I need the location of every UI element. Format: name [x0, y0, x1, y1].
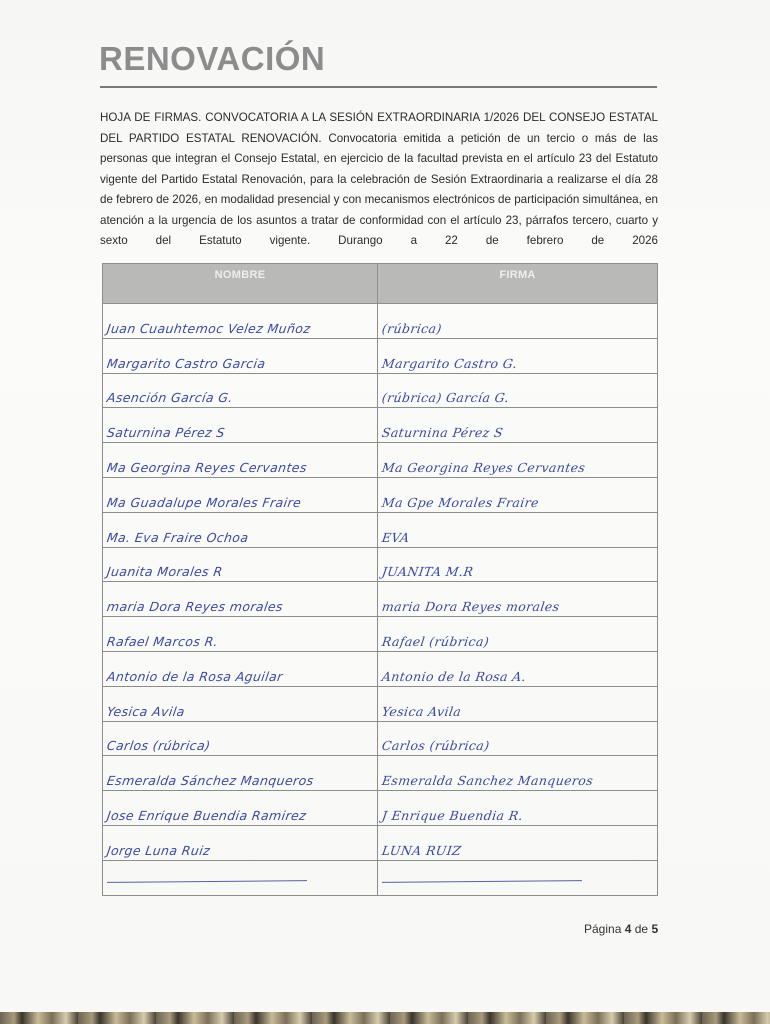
signature-cell: Antonio de la Rosa A.: [378, 651, 658, 686]
handwritten-signature: JUANITA M.R: [381, 564, 474, 579]
party-logo: RENOVACIÓN: [99, 40, 325, 78]
table-row: [103, 860, 658, 895]
handwritten-signature: maria Dora Reyes morales: [381, 599, 561, 614]
signature-cell: Ma Gpe Morales Fraire: [378, 477, 658, 512]
column-header-nombre: NOMBRE: [103, 264, 378, 304]
signature-cell: [378, 860, 658, 895]
handwritten-name: Juanita Morales R: [106, 564, 224, 579]
table-row: maria Dora Reyes moralesmaria Dora Reyes…: [103, 582, 658, 617]
table-row: Ma Georgina Reyes CervantesMa Georgina R…: [103, 443, 658, 478]
handwritten-signature: EVA: [381, 530, 411, 545]
header-divider: [100, 86, 657, 88]
table-row: Yesica AvilaYesica Avila: [103, 686, 658, 721]
scan-background-edge: [0, 1012, 770, 1024]
signature-cell: Margarito Castro G.: [378, 338, 658, 373]
handwritten-signature: (rúbrica) García G.: [381, 390, 510, 405]
signature-cell: EVA: [378, 512, 658, 547]
table-row: Juan Cuauhtemoc Velez Muñoz(rúbrica): [103, 304, 658, 339]
signature-cell: (rúbrica): [378, 304, 658, 339]
handwritten-name: Esmeralda Sánchez Manqueros: [106, 773, 315, 788]
page-label: Página: [584, 922, 621, 936]
signature-cell: Rafael (rúbrica): [378, 617, 658, 652]
handwritten-signature: Esmeralda Sanchez Manqueros: [381, 773, 594, 788]
name-cell: Juanita Morales R: [103, 547, 378, 582]
name-cell: Esmeralda Sánchez Manqueros: [103, 756, 378, 791]
name-cell: Yesica Avila: [103, 686, 378, 721]
table-row: Saturnina Pérez SSaturnina Pérez S: [103, 408, 658, 443]
table-row: Ma. Eva Fraire OchoaEVA: [103, 512, 658, 547]
name-cell: Margarito Castro Garcia: [103, 338, 378, 373]
signature-cell: Carlos (rúbrica): [378, 721, 658, 756]
name-cell: maria Dora Reyes morales: [103, 582, 378, 617]
name-cell: Ma. Eva Fraire Ochoa: [103, 512, 378, 547]
page-number: Página 4 de 5: [584, 922, 658, 936]
table-row: Jose Enrique Buendia RamirezJ Enrique Bu…: [103, 791, 658, 826]
name-cell: Asención García G.: [103, 373, 378, 408]
signature-cell: Saturnina Pérez S: [378, 408, 658, 443]
table-row: Carlos (rúbrica)Carlos (rúbrica): [103, 721, 658, 756]
table-row: Esmeralda Sánchez ManquerosEsmeralda San…: [103, 756, 658, 791]
handwritten-name: Antonio de la Rosa Aguilar: [106, 669, 284, 684]
signature-cell: J Enrique Buendia R.: [378, 791, 658, 826]
table-header-row: NOMBRE FIRMA: [103, 264, 658, 304]
signature-cell: Yesica Avila: [378, 686, 658, 721]
document-page: RENOVACIÓN HOJA DE FIRMAS. CONVOCATORIA …: [0, 0, 770, 1012]
pen-stroke: [107, 880, 307, 883]
signature-cell: LUNA RUIZ: [378, 825, 658, 860]
handwritten-name: Yesica Avila: [106, 704, 186, 719]
handwritten-signature: J Enrique Buendia R.: [381, 808, 524, 823]
signature-cell: JUANITA M.R: [378, 547, 658, 582]
handwritten-signature: Ma Gpe Morales Fraire: [381, 495, 540, 510]
handwritten-name: maria Dora Reyes morales: [106, 599, 284, 614]
name-cell: Ma Guadalupe Morales Fraire: [103, 477, 378, 512]
handwritten-name: Jorge Luna Ruiz: [106, 843, 211, 858]
signature-cell: (rúbrica) García G.: [378, 373, 658, 408]
handwritten-signature: Rafael (rúbrica): [381, 634, 490, 649]
table-row: Juanita Morales RJUANITA M.R: [103, 547, 658, 582]
handwritten-name: Ma Guadalupe Morales Fraire: [106, 495, 302, 510]
page-total: 5: [651, 922, 658, 936]
handwritten-signature: LUNA RUIZ: [381, 843, 462, 858]
signature-cell: Esmeralda Sanchez Manqueros: [378, 756, 658, 791]
handwritten-name: Carlos (rúbrica): [106, 738, 212, 753]
name-cell: Juan Cuauhtemoc Velez Muñoz: [103, 304, 378, 339]
handwritten-name: Saturnina Pérez S: [106, 425, 226, 440]
name-cell: Carlos (rúbrica): [103, 721, 378, 756]
table-row: Asención García G.(rúbrica) García G.: [103, 373, 658, 408]
page-current: 4: [625, 922, 632, 936]
table-row: Ma Guadalupe Morales FraireMa Gpe Morale…: [103, 477, 658, 512]
handwritten-name: Jose Enrique Buendia Ramirez: [106, 808, 307, 823]
pen-stroke: [382, 880, 582, 883]
signature-table: NOMBRE FIRMA Juan Cuauhtemoc Velez Muñoz…: [102, 263, 658, 896]
table-row: Margarito Castro GarciaMargarito Castro …: [103, 338, 658, 373]
handwritten-name: Rafael Marcos R.: [106, 634, 219, 649]
name-cell: Jose Enrique Buendia Ramirez: [103, 791, 378, 826]
handwritten-signature: Saturnina Pérez S: [381, 425, 504, 440]
handwritten-name: Ma Georgina Reyes Cervantes: [106, 460, 308, 475]
name-cell: [103, 860, 378, 895]
handwritten-name: Asención García G.: [106, 390, 234, 405]
signature-rows: Juan Cuauhtemoc Velez Muñoz(rúbrica)Marg…: [103, 304, 658, 896]
handwritten-signature: (rúbrica): [381, 321, 443, 336]
name-cell: Saturnina Pérez S: [103, 408, 378, 443]
handwritten-signature: Carlos (rúbrica): [381, 738, 491, 753]
name-cell: Jorge Luna Ruiz: [103, 825, 378, 860]
handwritten-name: Juan Cuauhtemoc Velez Muñoz: [106, 321, 312, 336]
handwritten-name: Margarito Castro Garcia: [106, 356, 267, 371]
column-header-firma: FIRMA: [378, 264, 658, 304]
handwritten-signature: Antonio de la Rosa A.: [381, 669, 527, 684]
handwritten-signature: Margarito Castro G.: [381, 356, 518, 371]
handwritten-signature: Yesica Avila: [381, 704, 462, 719]
name-cell: Rafael Marcos R.: [103, 617, 378, 652]
table-row: Jorge Luna RuizLUNA RUIZ: [103, 825, 658, 860]
name-cell: Ma Georgina Reyes Cervantes: [103, 443, 378, 478]
handwritten-signature: Ma Georgina Reyes Cervantes: [381, 460, 586, 475]
table-row: Rafael Marcos R.Rafael (rúbrica): [103, 617, 658, 652]
page-sep: de: [635, 922, 648, 936]
signature-cell: Ma Georgina Reyes Cervantes: [378, 443, 658, 478]
convocatoria-text: HOJA DE FIRMAS. CONVOCATORIA A LA SESIÓN…: [100, 108, 658, 252]
handwritten-name: Ma. Eva Fraire Ochoa: [106, 530, 250, 545]
name-cell: Antonio de la Rosa Aguilar: [103, 651, 378, 686]
signature-cell: maria Dora Reyes morales: [378, 582, 658, 617]
table-row: Antonio de la Rosa AguilarAntonio de la …: [103, 651, 658, 686]
